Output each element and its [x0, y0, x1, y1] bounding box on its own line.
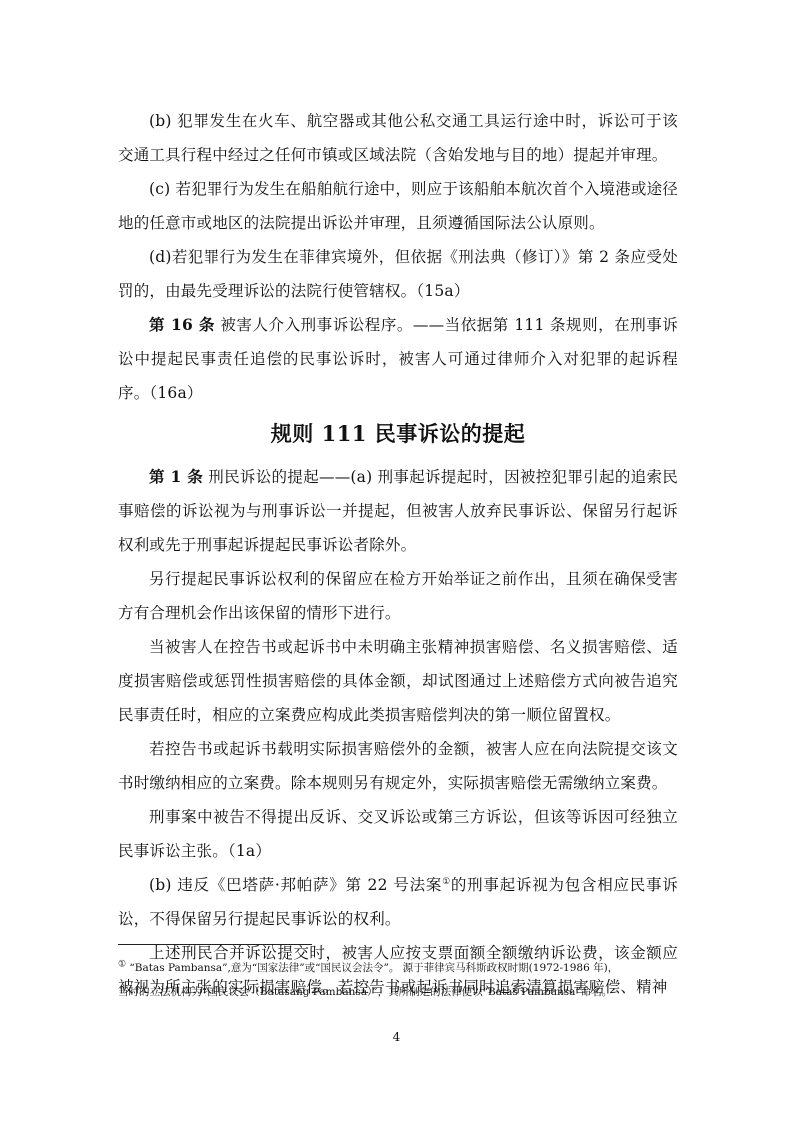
paragraph-b-bp22: (b) 违反《巴塔萨·邦帕萨》第 22 号法案①的刑事起诉视为包含相应民事诉讼，…	[118, 868, 678, 936]
paragraph-reservation: 另行提起民事诉讼权利的保留应在检方开始举证之前作出，且须在确保受害方有合理机会作…	[118, 562, 678, 630]
footnote-line-2: 当时的立法机构为“国民议会（Batasang Pambansa）”，其所制定的法…	[118, 980, 688, 1004]
section-16-label: 第 16 条	[149, 315, 215, 334]
footnote-reference[interactable]: ①	[442, 877, 451, 887]
section-16-paragraph: 第 16 条 被害人介入刑事诉讼程序。——当依据第 111 条规则，在刑事诉讼中…	[118, 308, 678, 410]
footnote-text-1: “Batas Pambansa”,意为“国家法律”或“国民议会法令”。 源于菲律…	[126, 962, 618, 974]
paragraph-filing-fee-payment: 若控告书或起诉书载明实际损害赔偿外的金额，被害人应在向法院提交该文书时缴纳相应的…	[118, 732, 678, 800]
footnote-line-1: ① “Batas Pambansa”,意为“国家法律”或“国民议会法令”。 源于…	[118, 956, 688, 980]
page-number: 4	[0, 1030, 793, 1044]
paragraph-c-vessel: (c) 若犯罪行为发生在船舶航行途中，则应于该船舶本航次首个入境港或途径地的任意…	[118, 172, 678, 240]
paragraph-b-transport: (b) 犯罪发生在火车、航空器或其他公私交通工具运行途中时，诉讼可于该交通工具行…	[118, 104, 678, 172]
paragraph-filing-fee-lien: 当被害人在控告书或起诉书中未明确主张精神损害赔偿、名义损害赔偿、适度损害赔偿或惩…	[118, 630, 678, 732]
section-1-label: 第 1 条	[149, 467, 203, 486]
footnote-marker: ①	[118, 960, 126, 970]
paragraph-counterclaim: 刑事案中被告不得提出反诉、交叉诉讼或第三方诉讼，但该等诉因可经独立民事诉讼主张。…	[118, 800, 678, 868]
paragraph-d-abroad: (d)若犯罪行为发生在菲律宾境外，但依据《刑法典（修订）》第 2 条应受处罚的，…	[118, 240, 678, 308]
footnote-divider	[118, 944, 312, 945]
body-text: (b) 犯罪发生在火车、航空器或其他公私交通工具运行途中时，诉讼可于该交通工具行…	[118, 104, 678, 1004]
footnote: ① “Batas Pambansa”,意为“国家法律”或“国民议会法令”。 源于…	[118, 956, 688, 1004]
para-b-before: (b) 违反《巴塔萨·邦帕萨》第 22 号法案	[149, 876, 442, 894]
section-1-paragraph: 第 1 条 刑民诉讼的提起——(a) 刑事起诉提起时，因被控犯罪引起的追索民事赔…	[118, 460, 678, 562]
document-page: (b) 犯罪发生在火车、航空器或其他公私交通工具运行途中时，诉讼可于该交通工具行…	[0, 0, 793, 1122]
rule-title: 规则 111 民事诉讼的提起	[118, 414, 678, 454]
